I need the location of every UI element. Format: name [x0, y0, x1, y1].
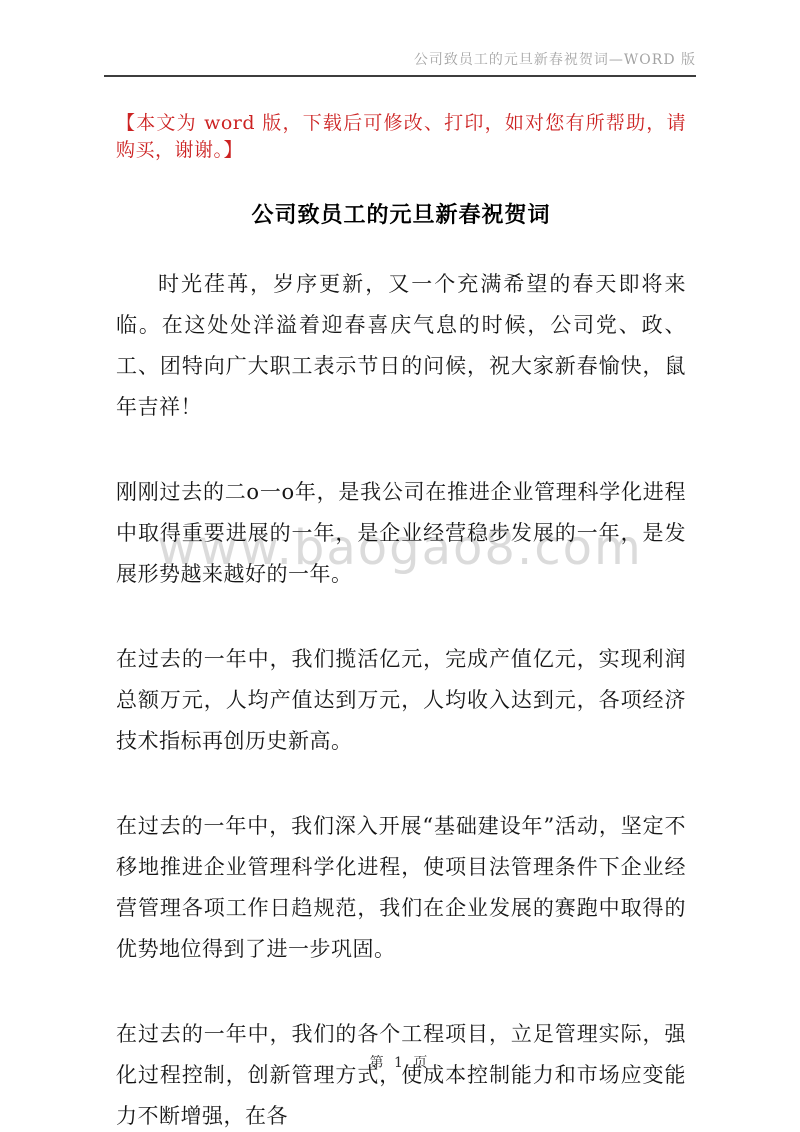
document-title: 公司致员工的元旦新春祝贺词	[116, 200, 686, 230]
page-header-running-title: 公司致员工的元旦新春祝贺词—WORD 版	[104, 50, 696, 77]
purchase-notice: 【本文为 word 版，下载后可修改、打印，如对您有所帮助，请购买，谢谢。】	[116, 110, 686, 164]
paragraph: 在过去的一年中，我们深入开展“基础建设年”活动，坚定不移地推进企业管理科学化进程…	[116, 806, 686, 970]
paragraph: 在过去的一年中，我们揽活亿元，完成产值亿元，实现利润总额万元，人均产值达到万元，…	[116, 639, 686, 762]
document-page: 公司致员工的元旦新春祝贺词—WORD 版 www.baogao8.com 【本文…	[0, 0, 800, 1132]
page-number: 第 1 页	[0, 1052, 800, 1072]
paragraph: 在过去的一年中，我们的各个工程项目，立足管理实际，强化过程控制，创新管理方式，使…	[116, 1014, 686, 1132]
paragraph: 刚刚过去的二o一o年，是我公司在推进企业管理科学化进程中取得重要进展的一年，是企…	[116, 472, 686, 595]
document-body: 【本文为 word 版，下载后可修改、打印，如对您有所帮助，请购买，谢谢。】 公…	[116, 110, 686, 1132]
paragraph: 时光荏苒，岁序更新，又一个充满希望的春天即将来临。在这处处洋溢着迎春喜庆气息的时…	[116, 264, 686, 428]
